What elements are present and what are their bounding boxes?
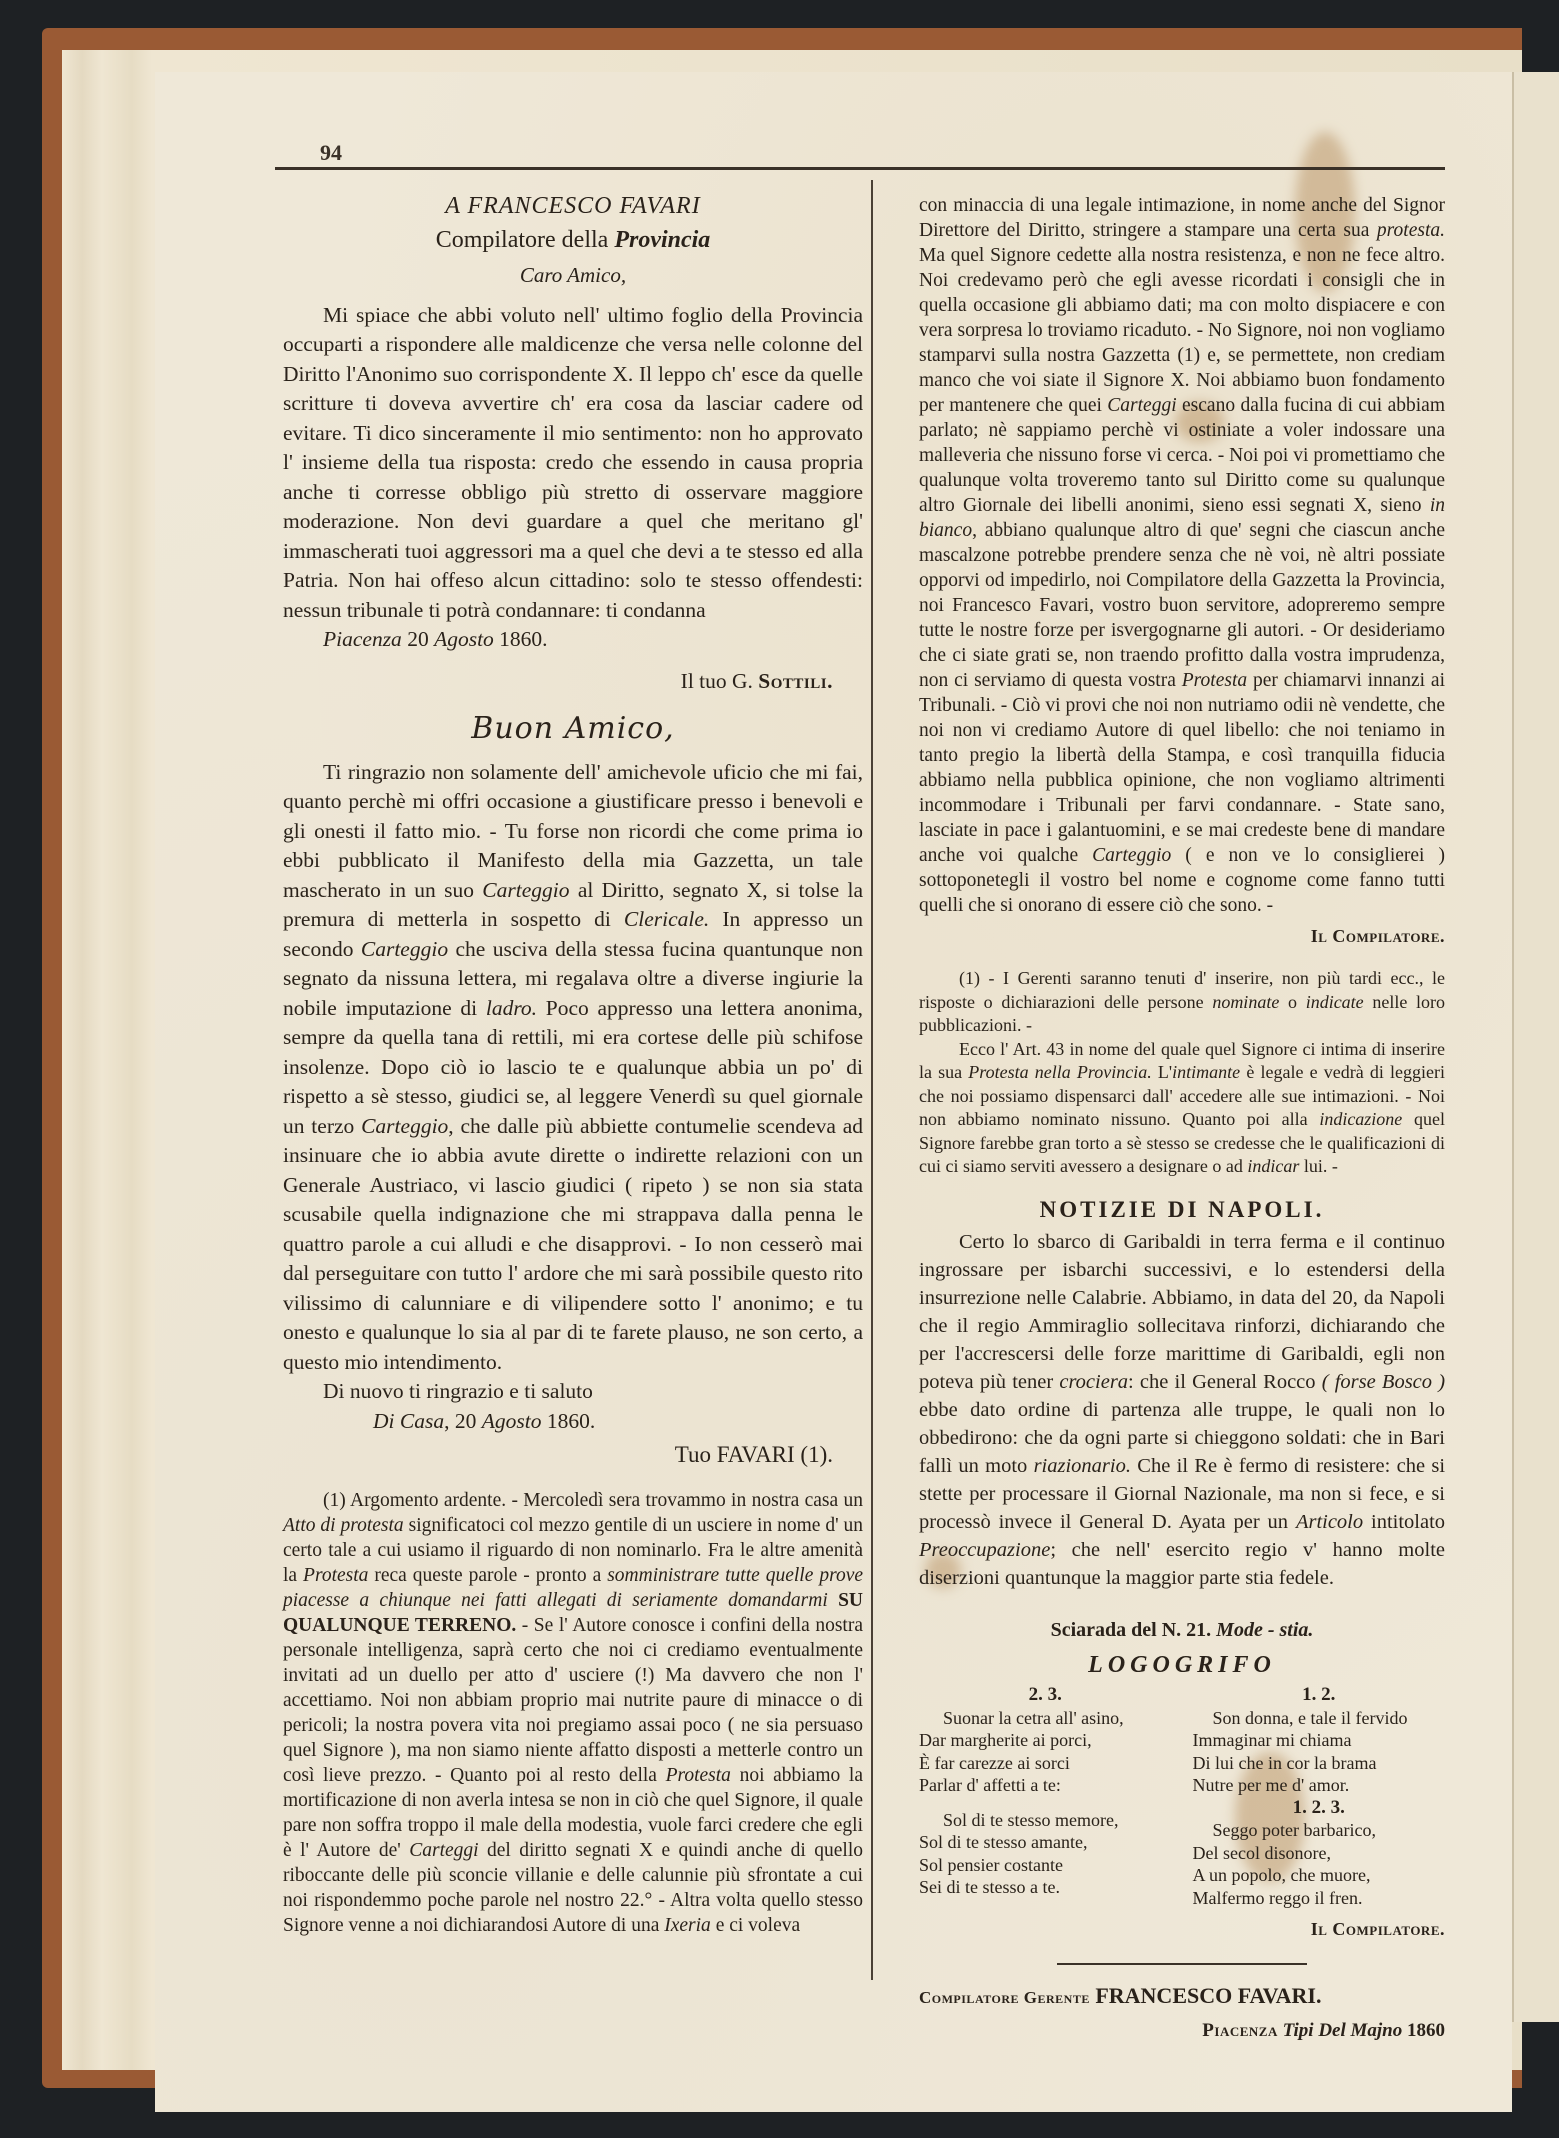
text-run: , che dalle più abbiette contumelie scen… xyxy=(283,1114,863,1374)
italic-run: Articolo xyxy=(1296,1511,1363,1533)
text-run: reca queste parole - pronto a xyxy=(374,1565,601,1586)
poem-line: Parlar d' affetti a te: xyxy=(919,1774,1171,1797)
italic-run: Protesta xyxy=(666,1765,731,1786)
printer-name: Tipi Del Majno xyxy=(1283,2020,1403,2041)
poem-left-column: 2. 3. Suonar la cetra all' asino, Dar ma… xyxy=(919,1684,1171,1909)
text-run: Certo lo sbarco di Garibaldi in terra fe… xyxy=(919,1231,1445,1393)
greeting-buon-amico: Buon Amico, xyxy=(283,714,863,744)
date-year: 1860. xyxy=(547,1409,595,1433)
italic-run: Carteggio xyxy=(361,1114,448,1138)
italic-run: Carteggio xyxy=(482,878,569,902)
italic-run: Atto di protesta xyxy=(283,1515,404,1536)
letter1-paragraph: Mi spiace che abbi voluto nell' ultimo f… xyxy=(283,301,863,626)
italic-run: crociera xyxy=(1059,1371,1128,1393)
poem-line: Sol pensier costante xyxy=(919,1854,1171,1877)
gerente-name: FRANCESCO FAVARI. xyxy=(1095,1983,1321,2008)
text-run: e ci voleva xyxy=(716,1915,800,1936)
poem-right-column: 1. 2. Son donna, e tale il fervido Immag… xyxy=(1193,1684,1445,1909)
text-run: Argomento ardente. - Mercoledì sera trov… xyxy=(350,1490,863,1511)
text-run: con minaccia di una legale intimazione, … xyxy=(919,195,1445,241)
date-place: Piacenza xyxy=(323,627,402,651)
italic-run: Carteggio xyxy=(1092,845,1171,866)
printer-year: 1860 xyxy=(1407,2020,1445,2041)
italic-run: Clericale. xyxy=(624,907,709,931)
next-page-edge xyxy=(1512,72,1559,2022)
italic-run: Preoccupazione xyxy=(919,1539,1050,1561)
date-day: 20 xyxy=(407,627,429,651)
footnote-continuation: con minaccia di una legale intimazione, … xyxy=(919,193,1445,918)
greeting-caro-amico: Caro Amico, xyxy=(283,261,863,291)
header-rule xyxy=(275,167,1445,170)
text-run: per chiamarvi innanzi ai Tribunali. - Ci… xyxy=(919,670,1445,866)
subfootnote-1: (1) - I Gerenti saranno tenuti d' inseri… xyxy=(919,967,1445,1038)
poem-line: È far carezze ai sorci xyxy=(919,1752,1171,1775)
letter-title-addressee: A FRANCESCO FAVARI xyxy=(283,192,863,222)
letter-title-role: Compilatore della Provincia xyxy=(283,226,863,256)
letter2-closing: Di nuovo ti ringrazio e ti saluto xyxy=(283,1377,863,1407)
poem-line: Son donna, e tale il fervido xyxy=(1193,1707,1445,1730)
poem-line: A un popolo, che muore, xyxy=(1193,1864,1445,1887)
printer-place: Piacenza xyxy=(1202,2020,1278,2041)
italic-run: indicar xyxy=(1247,1156,1299,1176)
letter2-dateline: Di Casa, 20 Agosto 1860. xyxy=(283,1407,863,1437)
poem-line: Seggo poter barbarico, xyxy=(1193,1819,1445,1842)
text-run: o xyxy=(1288,992,1297,1012)
footer-rule xyxy=(1057,1963,1307,1965)
italic-run: ladro. xyxy=(486,996,537,1020)
letter2-paragraph: Ti ringrazio non solamente dell' amichev… xyxy=(283,758,863,1378)
poem-line: Nutre per me d' amor. xyxy=(1193,1774,1445,1797)
text-run: : che il General Rocco xyxy=(1128,1371,1316,1393)
text-run: intitolato xyxy=(1371,1511,1445,1533)
sciarada-label: Sciarada del N. 21. xyxy=(1051,1619,1212,1641)
right-column: con minaccia di una legale intimazione, … xyxy=(919,193,1445,2045)
date-place: Di Casa xyxy=(373,1409,444,1433)
date-year: 1860. xyxy=(499,627,547,651)
text-run: - Se l' Autore conosce i confini della n… xyxy=(283,1615,863,1786)
news-paragraph: Certo lo sbarco di Garibaldi in terra fe… xyxy=(919,1228,1445,1592)
italic-run: Carteggi xyxy=(409,1840,478,1861)
italic-run: Ixeria xyxy=(664,1915,711,1936)
italic-run: intimante xyxy=(1172,1062,1240,1082)
poem-heading: 1. 2. xyxy=(1193,1684,1445,1707)
italic-run: protesta. xyxy=(1377,220,1445,241)
printer-imprint: Piacenza Tipi Del Majno 1860 xyxy=(919,2016,1445,2045)
footnote-1: (1) Argomento ardente. - Mercoledì sera … xyxy=(283,1488,863,1938)
signature-name: Sottili. xyxy=(758,669,833,693)
logogrifo-poem: 2. 3. Suonar la cetra all' asino, Dar ma… xyxy=(919,1684,1445,1909)
sciarada-answer: Mode - stia. xyxy=(1216,1619,1313,1641)
left-column: A FRANCESCO FAVARI Compilatore della Pro… xyxy=(283,190,863,1938)
text-run: Ma quel Signore cedette alla nostra resi… xyxy=(919,245,1445,416)
compilatore-signature: Il Compilatore. xyxy=(919,922,1445,951)
subfootnote-article-43: Ecco l' Art. 43 in nome del quale quel S… xyxy=(919,1038,1445,1179)
poem-line: Sol di te stesso memore, xyxy=(919,1809,1171,1832)
poem-heading: 2. 3. xyxy=(919,1684,1171,1707)
poem-line: Dar margherite ai porci, xyxy=(919,1729,1171,1752)
italic-run: Protesta xyxy=(303,1565,368,1586)
footnote-marker: (1) xyxy=(323,1490,346,1511)
poem-line: Sei di te stesso a te. xyxy=(919,1876,1171,1899)
poem-line: Suonar la cetra all' asino, xyxy=(919,1707,1171,1730)
sciarada-answer-line: Sciarada del N. 21. Mode - stia. xyxy=(919,1616,1445,1645)
italic-run: indicate xyxy=(1306,992,1364,1012)
italic-run: Protesta nella Provincia. xyxy=(968,1062,1151,1082)
page-number: 94 xyxy=(320,140,342,166)
italic-run: indicazione xyxy=(1319,1109,1402,1129)
letter1-signature: Il tuo G. Sottili. xyxy=(283,667,833,697)
text-run: (1) - I Gerenti saranno tenuti d' inseri… xyxy=(919,968,1445,1012)
letter2-signature: Tuo FAVARI (1). xyxy=(283,1440,833,1470)
signature-prefix: Il tuo G. xyxy=(681,669,753,693)
title-role-text: Compilatore della xyxy=(436,227,609,253)
poem-heading: 1. 2. 3. xyxy=(1193,1797,1445,1820)
title-newspaper-name: Provincia xyxy=(614,227,710,253)
italic-run: ( forse Bosco ) xyxy=(1322,1371,1445,1393)
italic-run: Carteggi xyxy=(1107,395,1176,416)
logogrifo-title: LOGOGRIFO xyxy=(919,1651,1445,1680)
date-month: Agosto xyxy=(482,1409,542,1433)
poem-line: Immaginar mi chiama xyxy=(1193,1729,1445,1752)
date-month: Agosto xyxy=(434,627,494,651)
text-run: lui. - xyxy=(1304,1156,1338,1176)
letter1-dateline: Piacenza 20 Agosto 1860. xyxy=(283,625,863,655)
poem-signature: Il Compilatore. xyxy=(919,1915,1445,1944)
text-run: L' xyxy=(1158,1062,1172,1082)
text-run: , abbiano qualunque altro di que' segni … xyxy=(919,520,1445,691)
italic-run: riazionario. xyxy=(1034,1455,1131,1477)
news-heading: NOTIZIE DI NAPOLI. xyxy=(919,1195,1445,1224)
gerente-label: Compilatore Gerente xyxy=(919,1988,1090,2007)
column-divider xyxy=(871,180,873,1980)
italic-run: nominate xyxy=(1212,992,1279,1012)
italic-run: Carteggio xyxy=(361,937,448,961)
gerente-line: Compilatore Gerente FRANCESCO FAVARI. xyxy=(919,1981,1445,2012)
italic-run: Protesta xyxy=(1182,670,1247,691)
poem-line: Di lui che in cor la brama xyxy=(1193,1752,1445,1775)
poem-line: Del secol disonore, xyxy=(1193,1842,1445,1865)
poem-line: Malfermo reggo il fren. xyxy=(1193,1887,1445,1910)
poem-line: Sol di te stesso amante, xyxy=(919,1831,1171,1854)
date-day: 20 xyxy=(455,1409,477,1433)
stanza-gap xyxy=(919,1797,1171,1809)
